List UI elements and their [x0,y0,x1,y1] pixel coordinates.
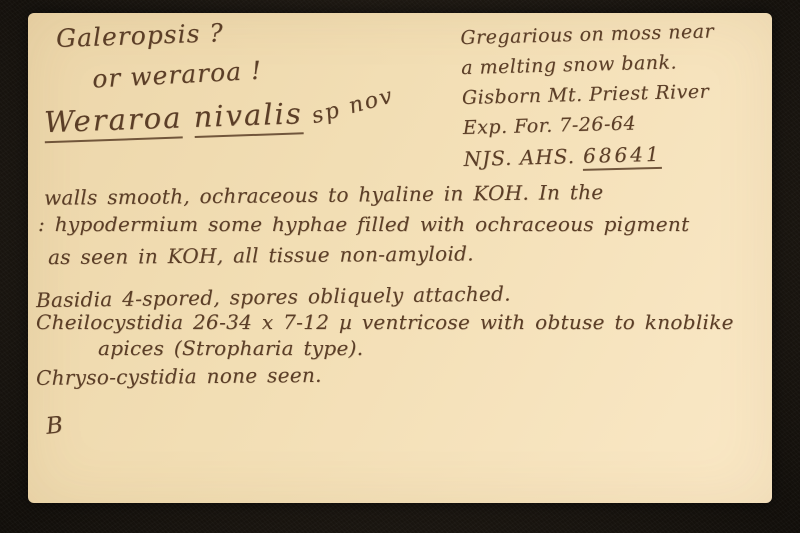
description-line: Cheilocystidia 26-34 x 7-12 µ ventricose… [36,309,772,336]
description-line: : hypodermium some hyphae filled with oc… [38,209,772,239]
alternative-genus-line: or weraroa ! [91,45,460,93]
corner-mark: B [45,412,65,440]
description-line: as seen in KOH, all tissue non-amyloid. [48,236,772,272]
description-line: Chryso-cystidia none seen. [36,357,772,392]
collection-block: Gregarious on moss near a melting snow b… [460,15,774,175]
description-line: walls smooth, ochraceous to hyaline in K… [44,175,772,213]
genus-name: Weraroa [44,100,184,143]
species-name-line: Weraroa nivalissp nov [44,91,461,139]
collection-number: 68641 [583,142,662,171]
species-epithet: nivalis [193,96,303,138]
title-block: Galeropsis ? or weraroa ! Weraroa nivali… [40,17,460,132]
collector-initials: NJS. AHS. [463,144,575,171]
index-card: Galeropsis ? or weraroa ! Weraroa nivali… [28,13,772,503]
genus-guess-line: Galeropsis ? [56,10,461,53]
collection-number-line: NJS. AHS.68641 [463,135,774,175]
photo-background: Galeropsis ? or weraroa ! Weraroa nivali… [0,0,800,533]
description-block: walls smooth, ochraceous to hyaline in K… [36,179,772,388]
species-suffix: sp nov [309,83,397,129]
